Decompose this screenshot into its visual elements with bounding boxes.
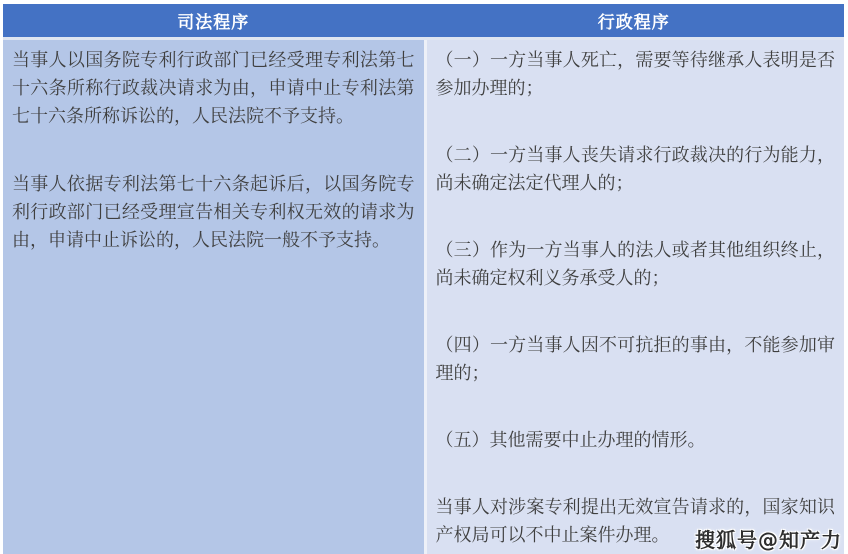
administrative-item-4: （四）一方当事人因不可抗拒的事由，不能参加审理的； (436, 332, 836, 388)
administrative-item-1: （一）一方当事人死亡，需要等待继承人表明是否参加办理的； (436, 47, 836, 103)
procedure-comparison-table: 司法程序 行政程序 当事人以国务院专利行政部门已经受理专利法第七十六条所称行政裁… (3, 4, 844, 548)
header-administrative-procedure: 行政程序 (424, 4, 845, 37)
header-judicial-procedure: 司法程序 (3, 4, 424, 37)
administrative-item-3: （三）作为一方当事人的法人或者其他组织终止，尚未确定权利义务承受人的； (436, 237, 836, 293)
table-body-row: 当事人以国务院专利行政部门已经受理专利法第七十六条所称行政裁决请求为由，申请中止… (3, 37, 844, 554)
judicial-procedure-cell: 当事人以国务院专利行政部门已经受理专利法第七十六条所称行政裁决请求为由，申请中止… (3, 40, 424, 554)
sohu-account-watermark: 搜狐号@知产力 (695, 524, 842, 553)
administrative-procedure-cell: （一）一方当事人死亡，需要等待继承人表明是否参加办理的； （二）一方当事人丧失请… (424, 40, 845, 554)
judicial-paragraph-2: 当事人依据专利法第七十六条起诉后，以国务院专利行政部门已经受理宣告相关专利权无效… (12, 171, 415, 255)
table-header-row: 司法程序 行政程序 (3, 4, 844, 37)
comparison-table-page: 司法程序 行政程序 当事人以国务院专利行政部门已经受理专利法第七十六条所称行政裁… (0, 0, 848, 554)
administrative-item-5: （五）其他需要中止办理的情形。 (436, 427, 836, 455)
judicial-paragraph-1: 当事人以国务院专利行政部门已经受理专利法第七十六条所称行政裁决请求为由，申请中止… (12, 47, 415, 131)
administrative-item-2: （二）一方当事人丧失请求行政裁决的行为能力，尚未确定法定代理人的； (436, 142, 836, 198)
